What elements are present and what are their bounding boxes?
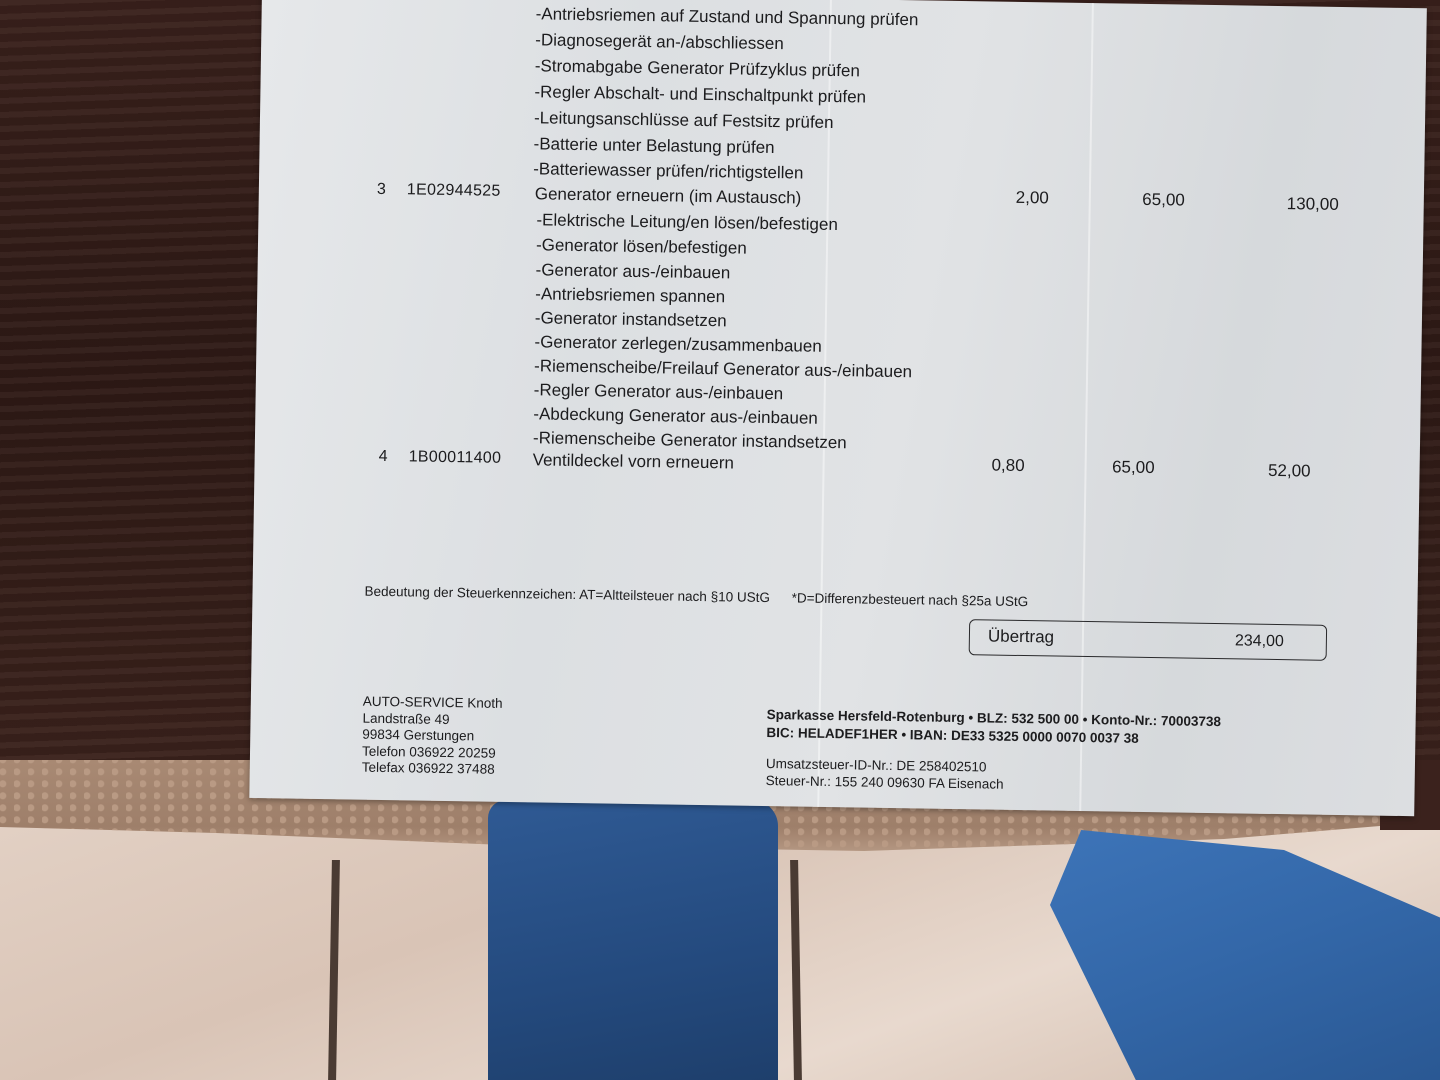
carry-forward-label: Übertrag (988, 626, 1054, 647)
work-step: -Generator instandsetzen (535, 308, 727, 331)
work-step: -Leitungsanschlüsse auf Festsitz prüfen (534, 108, 834, 133)
item-description: Ventildeckel vorn erneuern (532, 450, 734, 473)
work-step: -Riemenscheibe/Freilauf Generator aus-/e… (534, 356, 912, 382)
company-fax: Telefax 036922 37488 (362, 760, 502, 779)
jeans-leg-left (488, 800, 778, 1080)
tax-code-legend: Bedeutung der Steuerkennzeichen: AT=Altt… (364, 584, 1028, 609)
company-address: AUTO-SERVICE Knoth Landstraße 49 99834 G… (362, 694, 503, 779)
work-step: -Regler Generator aus-/einbauen (534, 380, 784, 404)
work-step: -Batterie unter Belastung prüfen (533, 134, 774, 158)
work-step: -Riemenscheibe Generator instandsetzen (533, 428, 847, 453)
item-description: Generator erneuern (im Austausch) (535, 184, 802, 208)
work-step: -Diagnosegerät an-/abschliessen (535, 30, 784, 54)
work-step: -Batteriewasser prüfen/richtigstellen (533, 159, 804, 183)
legend-d: *D=Differenzbesteuert nach §25a UStG (792, 590, 1029, 609)
work-step: -Antriebsriemen spannen (535, 284, 725, 307)
work-step: -Antriebsriemen auf Zustand und Spannung… (535, 4, 918, 30)
paper-crease (1079, 3, 1094, 811)
legend-prefix: Bedeutung der Steuerkennzeichen: (364, 584, 576, 602)
item-position: 3 (377, 181, 386, 199)
item-article-number: 1E02944525 (407, 181, 501, 200)
work-step: -Regler Abschalt- und Einschaltpunkt prü… (534, 82, 866, 107)
work-step: -Abdeckung Generator aus-/einbauen (533, 404, 818, 428)
work-step: -Generator zerlegen/zusammenbauen (534, 332, 822, 357)
company-city: 99834 Gerstungen (362, 727, 502, 746)
item-total: 130,00 (1249, 194, 1339, 215)
tax-number: Steuer-Nr.: 155 240 09630 FA Eisenach (766, 773, 1004, 793)
carry-forward-value: 234,00 (1235, 632, 1284, 651)
tax-ids: Umsatzsteuer-ID-Nr.: DE 258402510 Steuer… (766, 756, 1004, 793)
work-step: -Generator aus-/einbauen (535, 260, 730, 283)
invoice-page: -Antriebsriemen auf Zustand und Spannung… (249, 0, 1427, 816)
item-unit-price: 65,00 (1095, 189, 1185, 210)
work-step: -Generator lösen/befestigen (536, 235, 747, 258)
company-name: AUTO-SERVICE Knoth (363, 694, 503, 713)
carry-forward-box: Übertrag 234,00 (969, 619, 1328, 661)
item-quantity: 0,80 (934, 455, 1024, 476)
item-unit-price: 65,00 (1064, 457, 1154, 478)
item-total: 52,00 (1220, 460, 1310, 481)
legend-at: AT=Altteilsteuer nach §10 UStG (579, 587, 770, 605)
item-article-number: 1B00011400 (409, 448, 502, 467)
item-quantity: 2,00 (959, 187, 1049, 208)
item-position: 4 (379, 448, 388, 466)
work-step: -Stromabgabe Generator Prüfzyklus prüfen (535, 56, 860, 81)
work-step: -Elektrische Leitung/en lösen/befestigen (536, 210, 838, 235)
bank-details: Sparkasse Hersfeld-Rotenburg • BLZ: 532 … (766, 706, 1221, 749)
